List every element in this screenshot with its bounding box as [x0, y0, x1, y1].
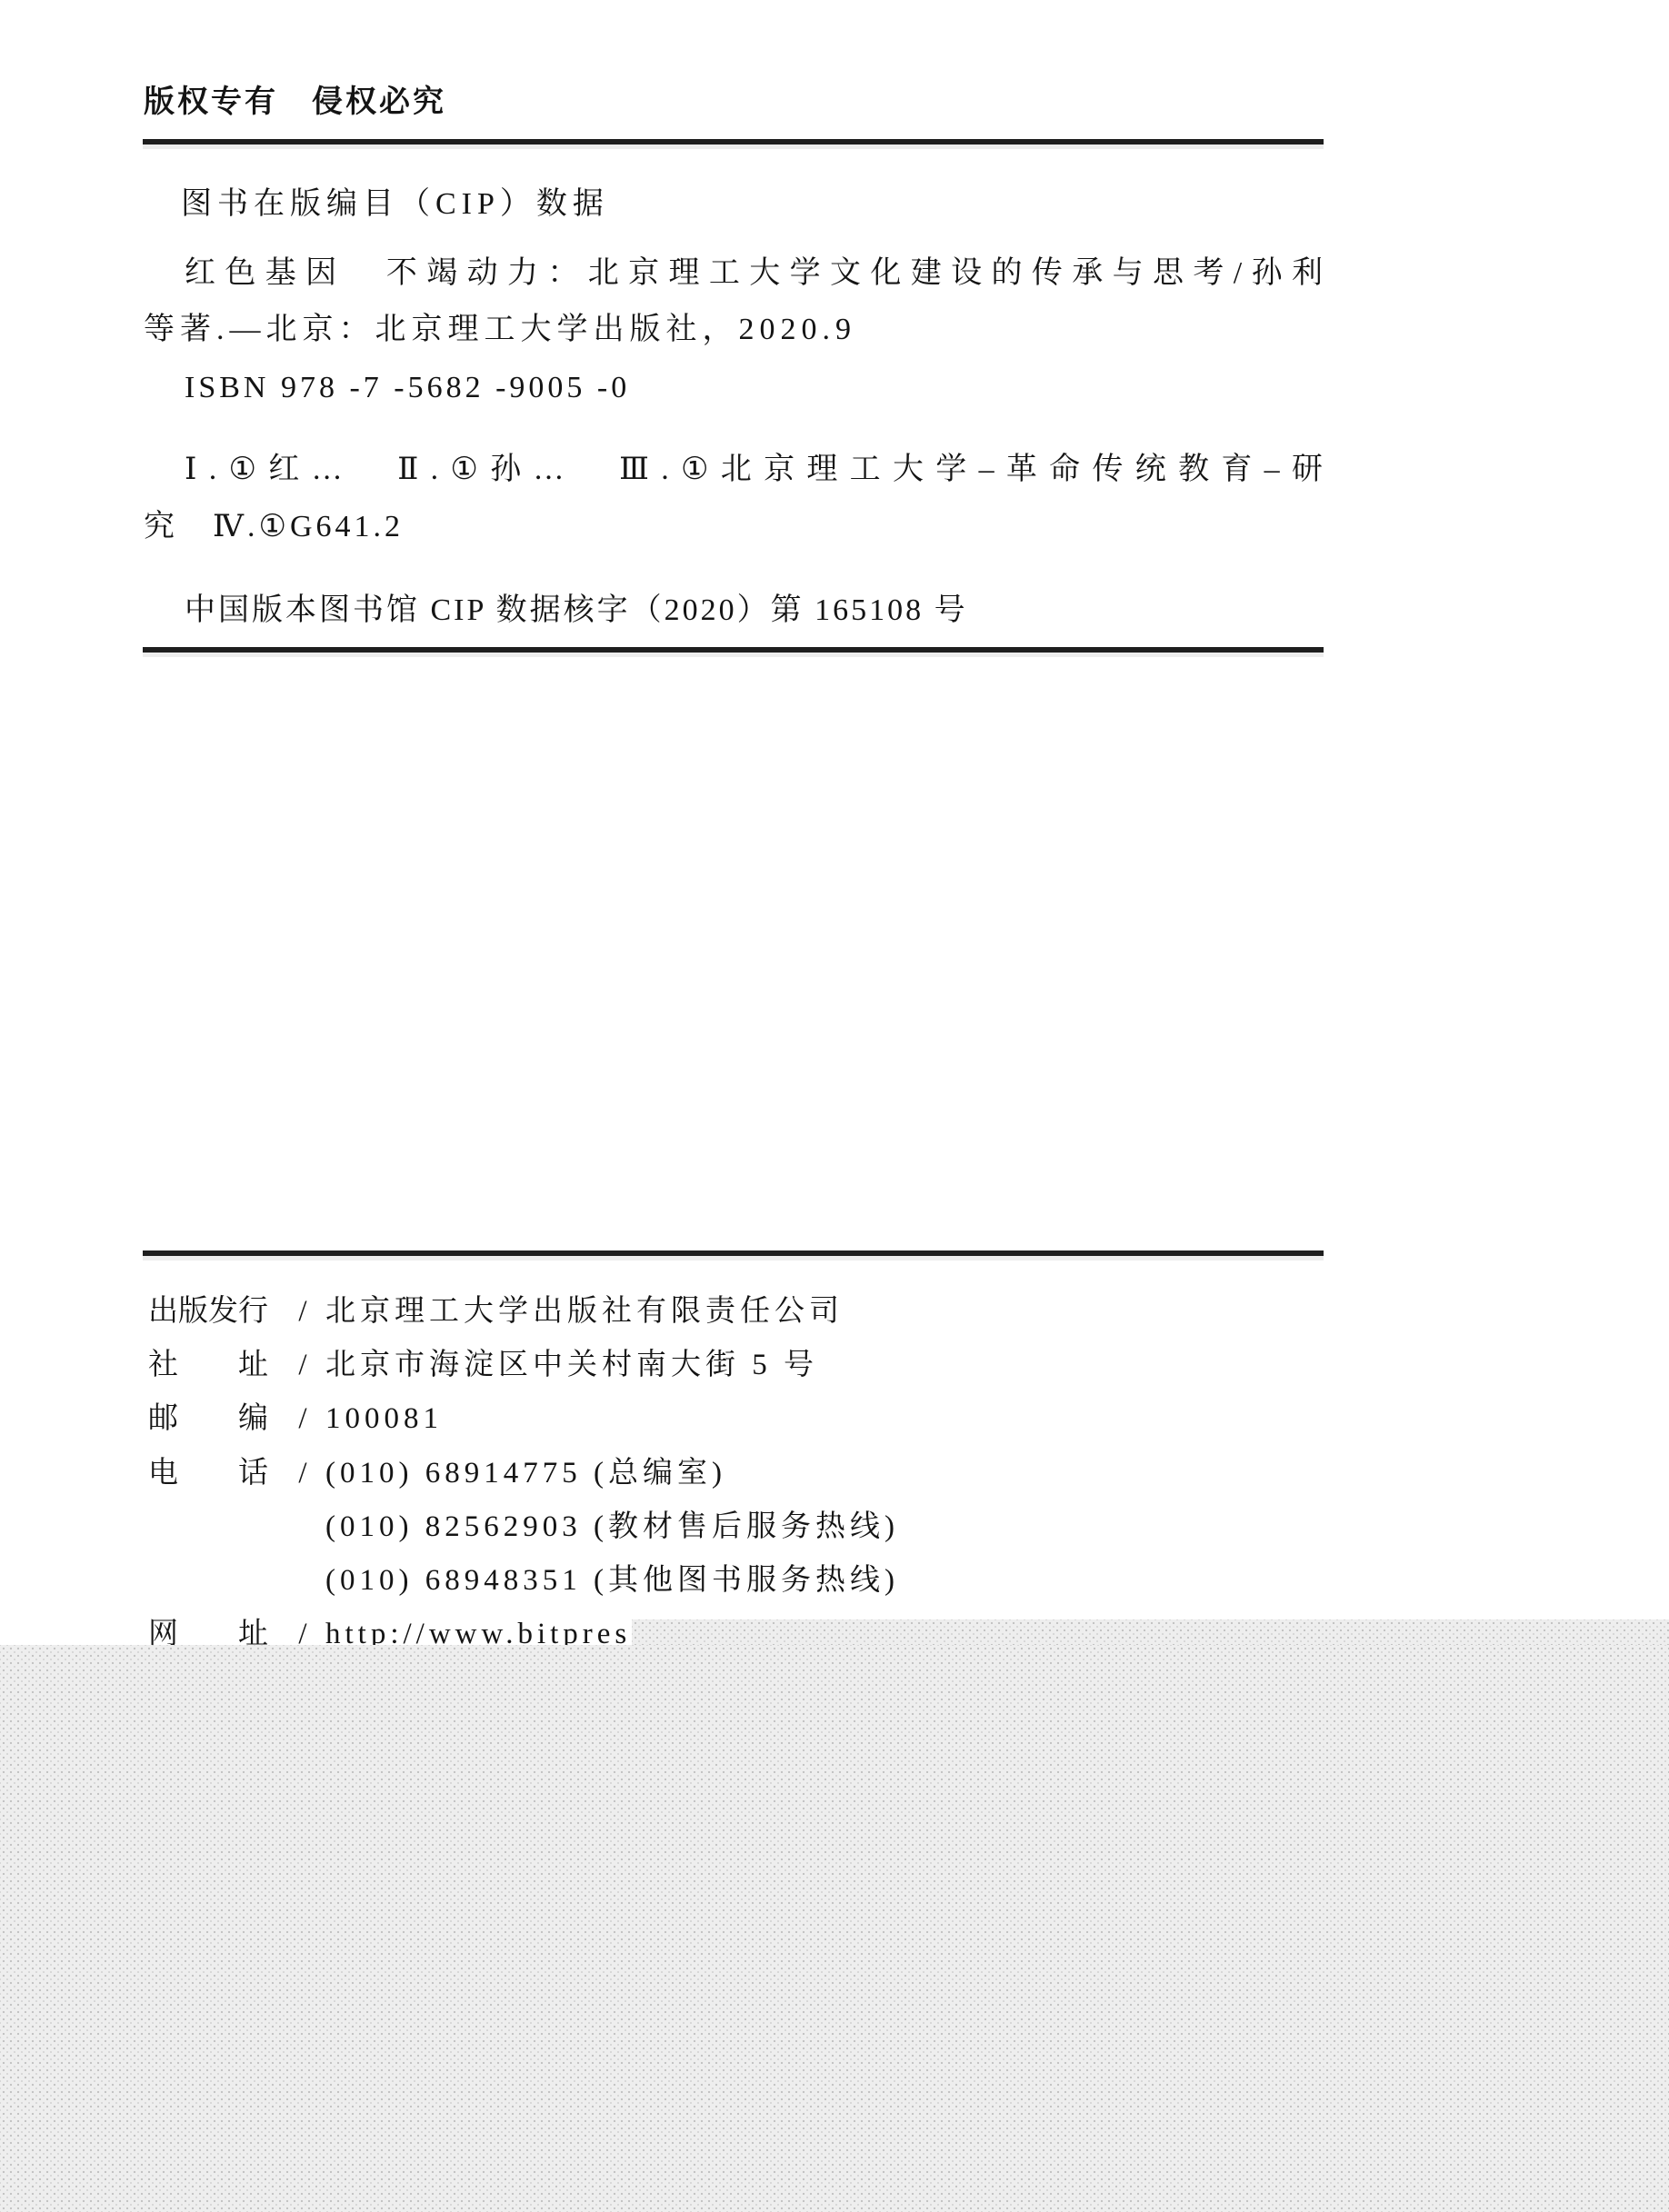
- scan-edge-gray-right: [632, 1619, 1669, 1645]
- publisher-row-label: 邮 编: [148, 1400, 280, 1437]
- slash-separator: /: [280, 1293, 325, 1330]
- scan-edge-gray-bottom: [0, 1645, 1669, 2212]
- classification-line-1: Ⅰ.①红… Ⅱ.①孙… Ⅲ.①北京理工大学–革命传统教育–研: [185, 452, 1323, 490]
- publisher-row: (010) 68948351 (其他图书服务热线): [148, 1562, 899, 1599]
- divider-publisher-top: [143, 1250, 1324, 1256]
- publisher-row-label: 电 话: [148, 1455, 280, 1491]
- publisher-row: 社 址 / 北京市海淀区中关村南大街 5 号: [148, 1347, 818, 1383]
- publisher-row-value: 100081: [325, 1400, 443, 1437]
- divider-cip-bottom: [143, 647, 1324, 653]
- publisher-row-label: 社 址: [148, 1347, 280, 1383]
- cip-record-number: 中国版本图书馆 CIP 数据核字（2020）第 165108 号: [185, 593, 968, 629]
- publisher-row: 出版发行 / 北京理工大学出版社有限责任公司: [148, 1293, 844, 1330]
- publisher-row-value: (010) 68948351 (其他图书服务热线): [325, 1562, 899, 1599]
- publisher-row-value: 北京市海淀区中关村南大街 5 号: [325, 1347, 818, 1383]
- publisher-row-value: 北京理工大学出版社有限责任公司: [325, 1293, 844, 1330]
- publisher-row: 电 话 / (010) 68914775 (总编室): [148, 1455, 726, 1491]
- slash-separator: /: [280, 1400, 325, 1437]
- book-title-line: 红色基因 不竭动力：北京理工大学文化建设的传承与思考/孙利: [185, 255, 1323, 294]
- publisher-row-label: 出版发行: [148, 1293, 280, 1330]
- slash-separator: /: [280, 1455, 325, 1491]
- imprint-line: 等著.—北京：北京理工大学出版社，2020.9: [144, 312, 856, 348]
- publisher-row: 邮 编 / 100081: [148, 1400, 443, 1437]
- publisher-row-value: (010) 68914775 (总编室): [325, 1455, 726, 1491]
- slash-separator: /: [280, 1347, 325, 1383]
- book-copyright-page: 版权专有 侵权必究 图书在版编目（CIP）数据 红色基因 不竭动力：北京理工大学…: [0, 0, 1669, 2212]
- publisher-row: (010) 82562903 (教材售后服务热线): [148, 1509, 899, 1545]
- classification-line-2: 究 Ⅳ.①G641.2: [144, 509, 404, 545]
- divider-top: [143, 139, 1324, 144]
- copyright-notice: 版权专有 侵权必究: [144, 76, 446, 121]
- publisher-row-value: (010) 82562903 (教材售后服务热线): [325, 1509, 899, 1545]
- cip-heading: 图书在版编目（CIP）数据: [181, 178, 609, 223]
- isbn-line: ISBN 978 -7 -5682 -9005 -0: [185, 370, 630, 406]
